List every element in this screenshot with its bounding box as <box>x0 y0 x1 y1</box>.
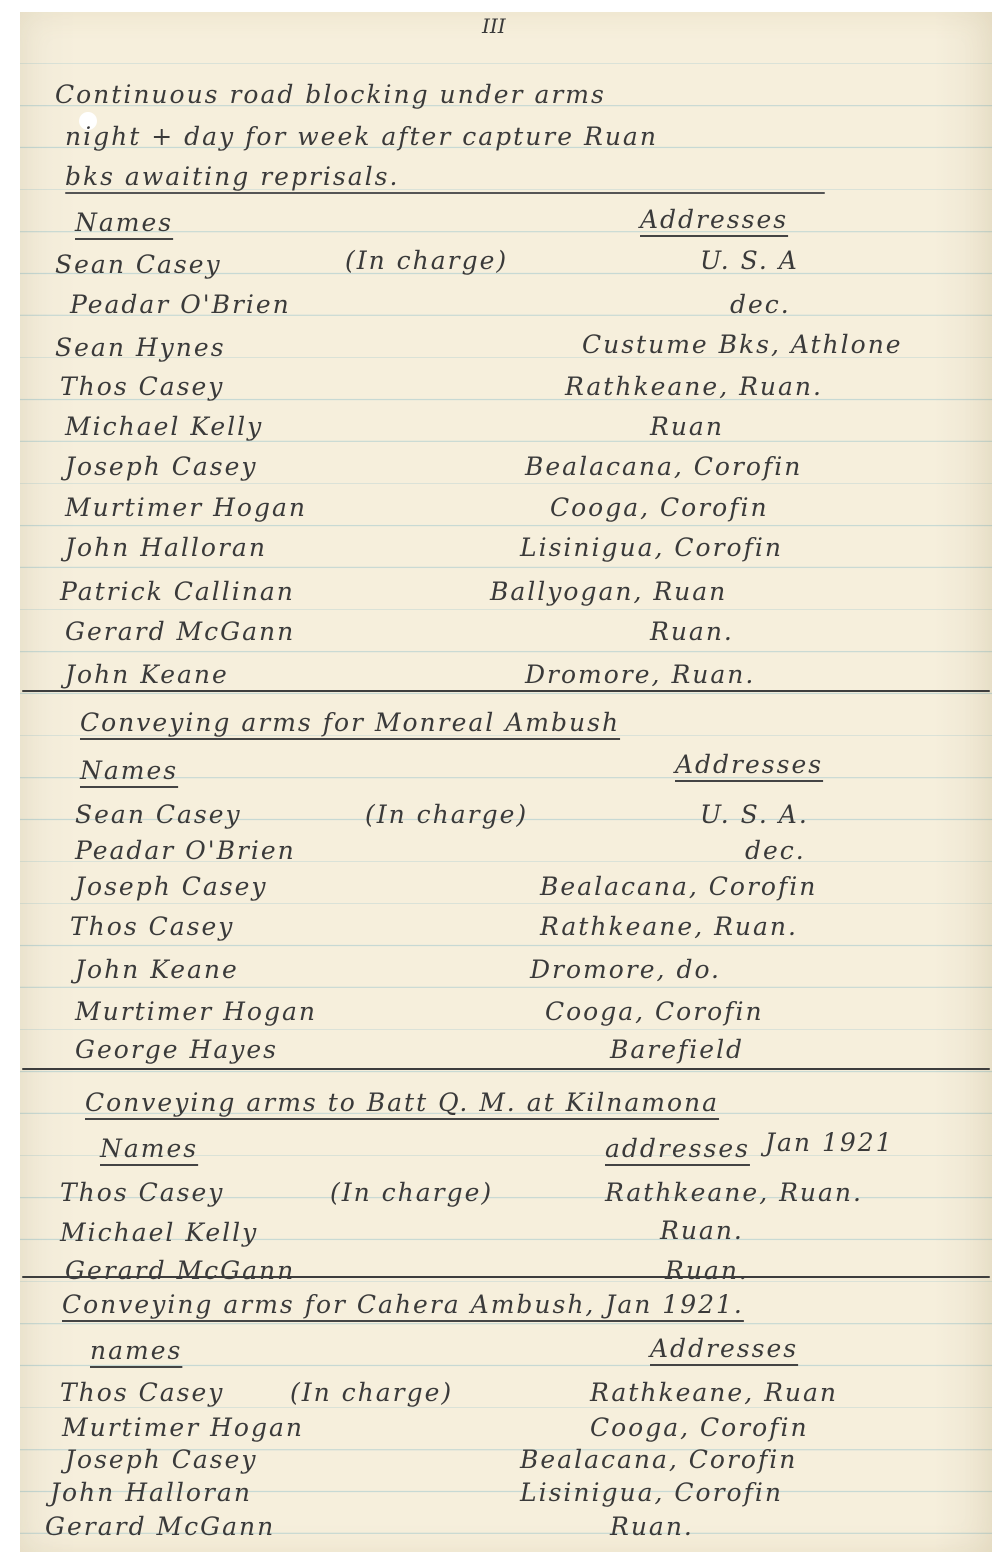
names-header: Names <box>100 1134 198 1163</box>
name: Michael Kelly <box>60 1218 258 1247</box>
address: Bealacana, Corofin <box>520 1445 797 1474</box>
section-title: Conveying arms to Batt Q. M. at Kilnamon… <box>85 1088 719 1117</box>
address: Bealacana, Corofin <box>540 872 817 901</box>
address: U. S. A. <box>700 800 809 829</box>
name: Sean Casey <box>55 250 222 279</box>
address: Ruan. <box>610 1512 694 1541</box>
name: John Keane <box>75 955 239 984</box>
address: dec. <box>730 290 791 319</box>
name: Murtimer Hogan <box>62 1413 304 1442</box>
name: Gerard McGann <box>65 617 295 646</box>
address: Lisinigua, Corofin <box>520 533 783 562</box>
name: Sean Hynes <box>55 333 226 362</box>
address: Dromore, Ruan. <box>525 660 755 689</box>
address: Ruan <box>650 412 724 441</box>
name: Thos Casey <box>60 1178 224 1207</box>
address: Cooga, Corofin <box>545 997 764 1026</box>
addresses-header: Addresses <box>650 1334 798 1363</box>
address: Dromore, do. <box>530 955 721 984</box>
addresses-header: Addresses <box>675 750 823 779</box>
name: John Keane <box>65 660 229 689</box>
section-divider <box>22 1068 990 1070</box>
address: Barefield <box>610 1035 744 1064</box>
name: Thos Casey <box>60 1378 224 1407</box>
name: Peadar O'Brien <box>75 836 296 865</box>
name: Michael Kelly <box>65 412 263 441</box>
address: Ruan. <box>650 617 734 646</box>
names-header: Names <box>75 208 173 237</box>
addresses-header: Addresses <box>640 205 788 234</box>
section-title: Conveying arms for Monreal Ambush <box>80 708 620 737</box>
address: Bealacana, Corofin <box>525 452 802 481</box>
names-header: names <box>90 1336 182 1365</box>
section-title: Conveying arms for Cahera Ambush, Jan 19… <box>62 1290 744 1319</box>
intro-line-1: Continuous road blocking under arms <box>55 80 606 109</box>
name: Thos Casey <box>60 372 224 401</box>
address: Custume Bks, Athlone <box>582 330 903 359</box>
name: Peadar O'Brien <box>70 290 291 319</box>
intro-line-3: bks awaiting reprisals. <box>65 162 399 191</box>
name: Joseph Casey <box>75 872 268 901</box>
note: (In charge) <box>365 800 528 829</box>
address: dec. <box>745 836 806 865</box>
name: Joseph Casey <box>65 1445 258 1474</box>
note: (In charge) <box>345 246 508 275</box>
name: Gerard McGann <box>45 1512 275 1541</box>
section-divider <box>22 690 990 692</box>
name: Murtimer Hogan <box>75 997 317 1026</box>
address: Lisinigua, Corofin <box>520 1478 783 1507</box>
name: Joseph Casey <box>65 452 258 481</box>
address: Rathkeane, Ruan. <box>565 372 823 401</box>
names-header: Names <box>80 756 178 785</box>
name: Gerard McGann <box>65 1256 295 1285</box>
address: Rathkeane, Ruan <box>590 1378 838 1407</box>
intro-line-2: night + day for week after capture Ruan <box>65 122 658 151</box>
name: Murtimer Hogan <box>65 493 307 522</box>
page-number: III <box>482 14 506 38</box>
note: (In charge) <box>330 1178 493 1207</box>
address: Ruan. <box>660 1216 744 1245</box>
note: (In charge) <box>290 1378 453 1407</box>
divider <box>65 192 825 194</box>
address: Rathkeane, Ruan. <box>605 1178 863 1207</box>
address: Cooga, Corofin <box>590 1413 809 1442</box>
address: Ruan. <box>665 1256 749 1285</box>
address: Rathkeane, Ruan. <box>540 912 798 941</box>
name: John Halloran <box>65 533 267 562</box>
name: George Hayes <box>75 1035 278 1064</box>
name: Patrick Callinan <box>60 577 295 606</box>
name: John Halloran <box>50 1478 252 1507</box>
date: Jan 1921 <box>765 1128 894 1157</box>
address: Cooga, Corofin <box>550 493 769 522</box>
section-divider <box>22 1276 990 1278</box>
address: U. S. A <box>700 246 799 275</box>
address: Ballyogan, Ruan <box>490 577 727 606</box>
name: Sean Casey <box>75 800 242 829</box>
name: Thos Casey <box>70 912 234 941</box>
addresses-header: addresses <box>605 1134 750 1163</box>
